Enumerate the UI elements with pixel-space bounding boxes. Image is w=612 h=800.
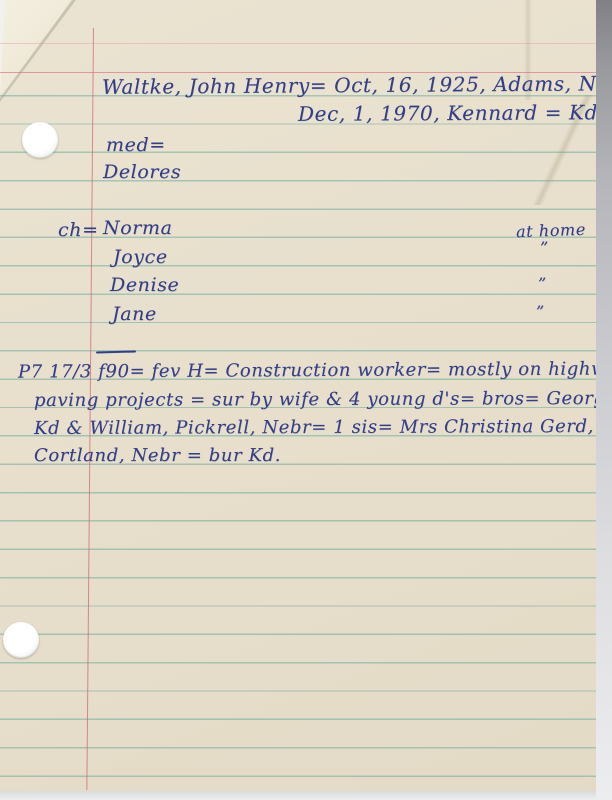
notebook-page: Waltke, John Henry= Oct, 16, 1925, Adams… xyxy=(0,0,596,791)
note-line-1: P7 17/3 f90= fev H= Construction worker=… xyxy=(18,358,612,382)
scan-background: Waltke, John Henry= Oct, 16, 1925, Adams… xyxy=(0,0,612,800)
child-name-jane: Jane xyxy=(112,303,157,325)
spouse-name: Delores xyxy=(103,161,181,183)
married-label: med= xyxy=(106,134,166,156)
note-line-4: Cortland, Nebr = bur Kd. xyxy=(34,445,281,466)
bottom-page-edge xyxy=(0,791,596,800)
entry-header-line1: Waltke, John Henry= Oct, 16, 1925, Adams… xyxy=(102,71,612,99)
entry-header-line2: Dec, 1, 1970, Kennard = Kd = xyxy=(298,100,612,126)
child-note-at-home: at home xyxy=(516,220,586,241)
child-name-denise: Denise xyxy=(110,274,179,296)
child-note-ditto-3: ” xyxy=(536,302,545,321)
child-name-norma: Norma xyxy=(103,217,173,239)
children-label: ch= xyxy=(58,219,99,241)
note-line-3: Kd & William, Pickrell, Nebr= 1 sis= Mrs… xyxy=(34,416,594,439)
child-note-ditto-2: ” xyxy=(538,274,547,293)
top-margin-line-faint xyxy=(0,43,596,44)
punch-hole-bottom xyxy=(3,622,39,658)
punch-hole-top xyxy=(22,122,58,158)
note-line-2: paving projects = sur by wife & 4 young … xyxy=(34,388,612,411)
sheet-behind-corner xyxy=(0,0,80,106)
child-name-joyce: Joyce xyxy=(113,246,168,268)
right-page-edge xyxy=(596,0,612,800)
child-note-ditto-1: ” xyxy=(540,238,549,257)
